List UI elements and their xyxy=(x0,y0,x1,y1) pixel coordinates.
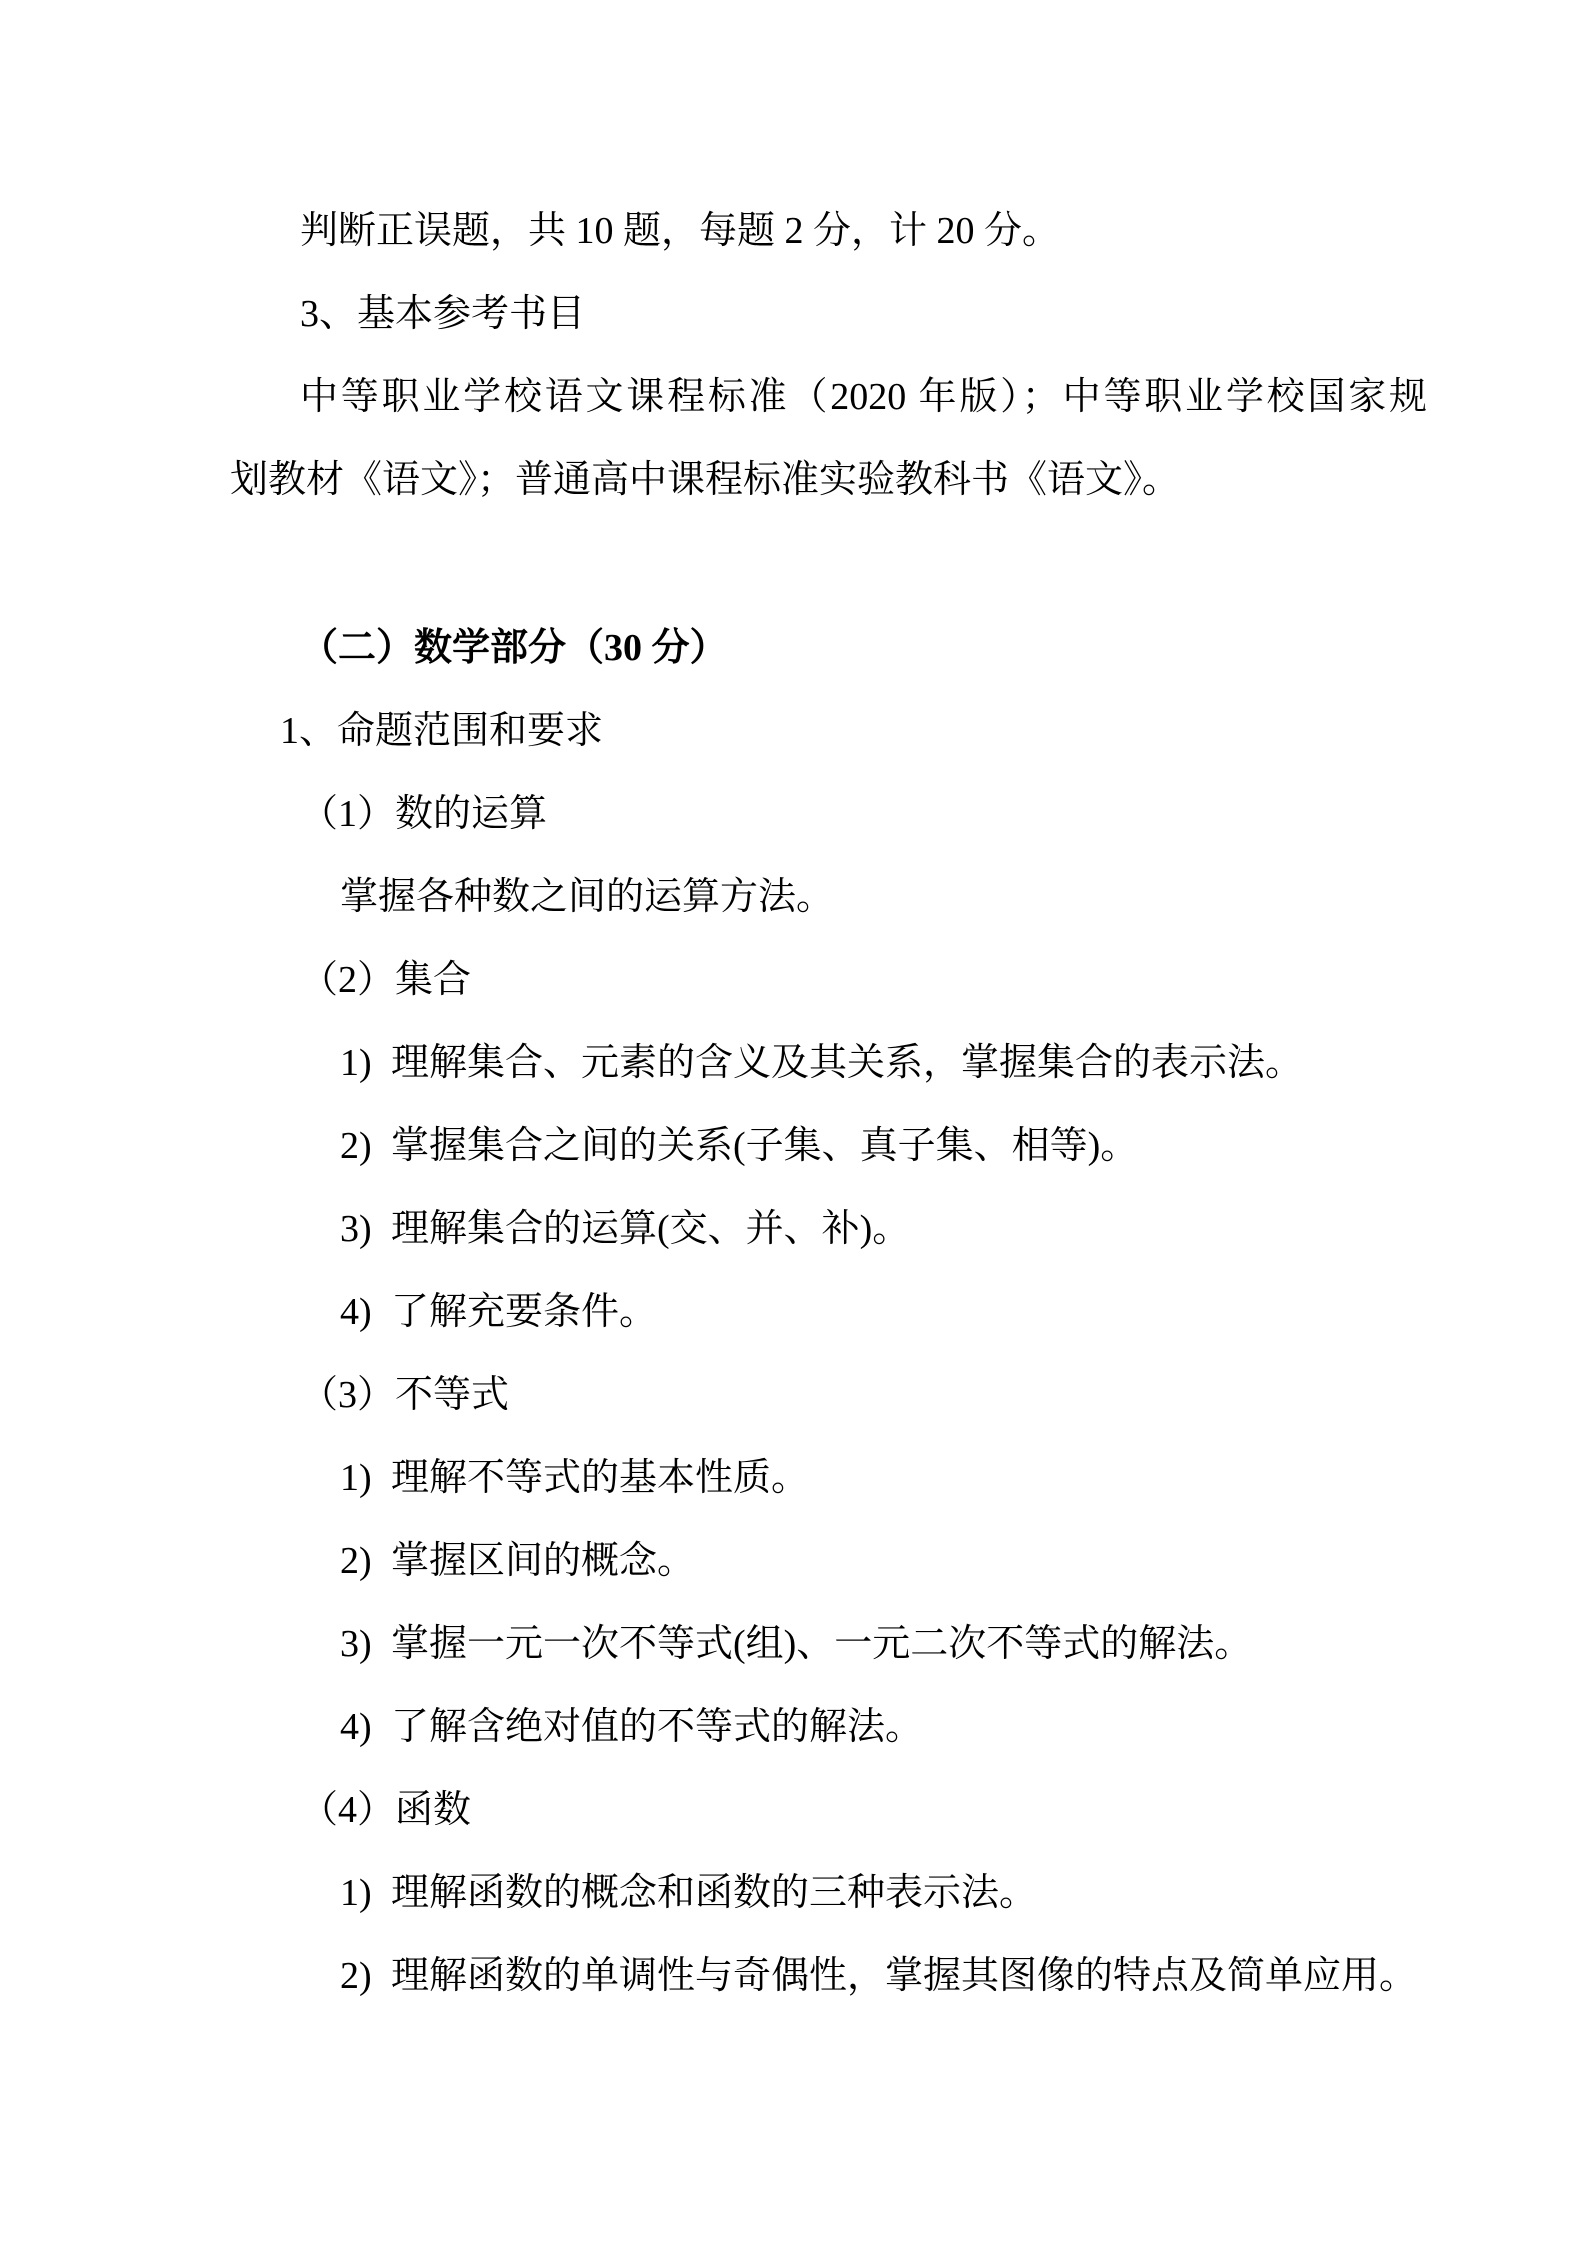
topic-functions: （4）函数 xyxy=(230,1769,1427,1852)
list-item-marker: 3) xyxy=(340,1188,391,1271)
list-item-text: 掌握一元一次不等式(组)、一元二次不等式的解法。 xyxy=(391,1623,1252,1665)
list-item-functions-2: 2)理解函数的单调性与奇偶性，掌握其图像的特点及简单应用。 xyxy=(230,1935,1427,2018)
paragraph-reference-books-line2: 划教材《语文》；普通高中课程标准实验教科书《语文》。 xyxy=(230,439,1427,522)
list-item-inequalities-3: 3)掌握一元一次不等式(组)、一元二次不等式的解法。 xyxy=(230,1603,1427,1686)
list-item-text: 掌握集合之间的关系(子集、真子集、相等)。 xyxy=(391,1125,1138,1167)
list-item-functions-1: 1)理解函数的概念和函数的三种表示法。 xyxy=(230,1852,1427,1935)
list-item-inequalities-1: 1)理解不等式的基本性质。 xyxy=(230,1437,1427,1520)
heading-scope-requirements: 1、命题范围和要求 xyxy=(230,690,1427,773)
list-item-marker: 3) xyxy=(340,1603,391,1686)
heading-reference-books: 3、基本参考书目 xyxy=(230,273,1427,356)
list-item-marker: 1) xyxy=(340,1852,391,1935)
list-item-inequalities-2: 2)掌握区间的概念。 xyxy=(230,1520,1427,1603)
list-item-text: 理解不等式的基本性质。 xyxy=(391,1457,809,1499)
list-item-text: 理解集合、元素的含义及其关系，掌握集合的表示法。 xyxy=(391,1042,1303,1084)
topic-sets: （2）集合 xyxy=(230,939,1427,1022)
list-item-sets-3: 3)理解集合的运算(交、并、补)。 xyxy=(230,1188,1427,1271)
list-item-text: 了解含绝对值的不等式的解法。 xyxy=(391,1706,923,1748)
document-page: 判断正误题，共 10 题，每题 2 分，计 20 分。 3、基本参考书目 中等职… xyxy=(0,0,1588,2245)
list-item-text: 了解充要条件。 xyxy=(391,1291,657,1333)
list-item-marker: 4) xyxy=(340,1271,391,1354)
topic-inequalities: （3）不等式 xyxy=(230,1354,1427,1437)
list-item-sets-4: 4)了解充要条件。 xyxy=(230,1271,1427,1354)
list-item-text: 理解集合的运算(交、并、补)。 xyxy=(391,1208,910,1250)
list-item-sets-2: 2)掌握集合之间的关系(子集、真子集、相等)。 xyxy=(230,1105,1427,1188)
list-item-marker: 4) xyxy=(340,1686,391,1769)
list-item-marker: 2) xyxy=(340,1520,391,1603)
list-item-marker: 2) xyxy=(340,1105,391,1188)
paragraph-scoring-judgment: 判断正误题，共 10 题，每题 2 分，计 20 分。 xyxy=(230,190,1427,273)
list-item-marker: 1) xyxy=(340,1022,391,1105)
list-item-sets-1: 1)理解集合、元素的含义及其关系，掌握集合的表示法。 xyxy=(230,1022,1427,1105)
section-heading-math: （二）数学部分（30 分） xyxy=(230,607,1427,690)
list-item-text: 理解函数的概念和函数的三种表示法。 xyxy=(391,1872,1037,1914)
list-item-marker: 1) xyxy=(340,1437,391,1520)
list-item-text: 掌握区间的概念。 xyxy=(391,1540,695,1582)
paragraph-reference-books-line1: 中等职业学校语文课程标准（2020 年版）；中等职业学校国家规 xyxy=(230,356,1427,439)
topic-number-operations: （1）数的运算 xyxy=(230,773,1427,856)
list-item-marker: 2) xyxy=(340,1935,391,2018)
paragraph-number-operations-detail: 掌握各种数之间的运算方法。 xyxy=(230,856,1427,939)
list-item-text: 理解函数的单调性与奇偶性，掌握其图像的特点及简单应用。 xyxy=(391,1955,1417,1997)
list-item-inequalities-4: 4)了解含绝对值的不等式的解法。 xyxy=(230,1686,1427,1769)
